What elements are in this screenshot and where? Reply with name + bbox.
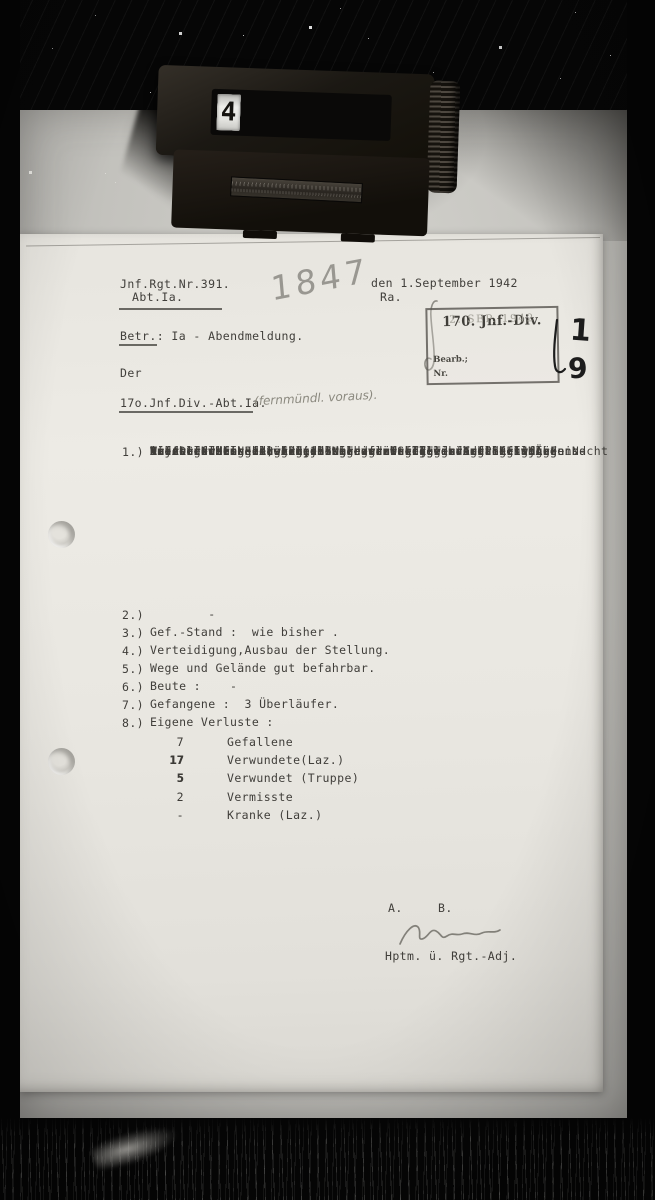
counter-digit: 4: [217, 94, 241, 131]
item-number: 8.): [122, 716, 144, 730]
svg-text:1: 1: [569, 313, 592, 349]
stamp-bearb-field: Bearb.;: [433, 354, 468, 365]
svg-text:9: 9: [567, 351, 588, 385]
item-number: 2.): [122, 608, 144, 622]
film-frame: Jnf.Rgt.Nr.391. Abt.Ia. 1847 den 1.Septe…: [0, 0, 655, 1200]
casualty-label: Vermisste: [227, 790, 293, 804]
item-text-line: Wege und Gelände gut befahrbar.: [150, 662, 375, 674]
subject-line: Betr.: Ia - Abendmeldung.: [120, 330, 304, 343]
counter-label-plate: [230, 176, 363, 203]
item-text-line: Gef.-Stand : wie bisher .: [150, 626, 339, 638]
casualty-count: 2: [152, 790, 184, 804]
counter-display-bezel: 000614: [210, 89, 391, 141]
receipt-stamp: 170. Jnf.-Div. 2. SEP. 1942 Bearb.; Nr.: [425, 306, 559, 385]
item-number: 6.): [122, 680, 144, 694]
recipient-line: 17o.Jnf.Div.-Abt.Ia.: [120, 397, 267, 410]
closing-initial-b: B.: [438, 902, 453, 915]
film-band-left: [0, 0, 20, 1200]
counter-display: 000614: [212, 89, 224, 99]
stamp-date: 2. SEP. 1942: [427, 312, 556, 326]
counter-housing-lower: [171, 149, 430, 236]
counter-foot: [243, 230, 277, 239]
recipient-underline: [119, 411, 253, 413]
film-band-right: [627, 0, 655, 1200]
item-number: 4.): [122, 644, 144, 658]
clerk-initials: Ra.: [380, 291, 402, 304]
punch-hole: [48, 521, 75, 548]
item-number: 5.): [122, 662, 144, 676]
item-text-line: Gefangene : 3 Überläufer.: [150, 698, 339, 710]
date-line: den 1.September 1942: [371, 277, 518, 290]
casualty-count: 7: [152, 735, 184, 749]
stamp-nr-field: Nr.: [433, 369, 448, 379]
counter-thumbwheel: [426, 80, 460, 193]
item-number: 7.): [122, 698, 144, 712]
subject-underline: [119, 344, 157, 346]
page-top-edge: [26, 237, 600, 247]
item-text-line: -: [150, 608, 215, 620]
film-scratch-blob: [89, 1117, 183, 1175]
salutation: Der: [120, 367, 142, 380]
casualty-label: Verwundete(Laz.): [227, 753, 345, 767]
signature: [396, 920, 506, 952]
item-number: 1.): [122, 445, 144, 459]
film-band-bottom: [0, 1118, 655, 1200]
casualty-count: 5: [152, 771, 184, 785]
handwritten-recipient-note: (fernmündl. voraus).: [254, 388, 378, 408]
casualty-label: Kranke (Laz.): [227, 808, 322, 822]
counter-foot: [341, 233, 375, 242]
casualty-count: 17: [152, 753, 184, 767]
signer-title: Hptm. ü. Rgt.-Adj.: [385, 950, 517, 963]
handwritten-register-number: 1847: [269, 250, 371, 308]
counter-device: 000614: [145, 51, 463, 244]
unit-line-1: Jnf.Rgt.Nr.391.: [120, 278, 230, 291]
document-page: Jnf.Rgt.Nr.391. Abt.Ia. 1847 den 1.Septe…: [20, 234, 603, 1092]
item-text-line: Verteidigung,Ausbau der Stellung.: [150, 644, 390, 656]
item-text-line: Eigene Verluste :: [150, 716, 274, 728]
casualty-label: Verwundet (Truppe): [227, 771, 359, 785]
casualty-count: -: [152, 808, 184, 822]
closing-initial-a: A.: [388, 902, 403, 915]
unit-underline: [119, 308, 222, 310]
item-text-line: Beute : -: [150, 680, 237, 692]
item-number: 3.): [122, 626, 144, 640]
punch-hole: [48, 748, 75, 775]
handwritten-stamp-annotation: 1 9: [546, 306, 596, 386]
item-text-line: infanteristisch ruhig.: [150, 445, 310, 457]
casualty-label: Gefallene: [227, 735, 293, 749]
unit-line-2: Abt.Ia.: [132, 291, 183, 304]
